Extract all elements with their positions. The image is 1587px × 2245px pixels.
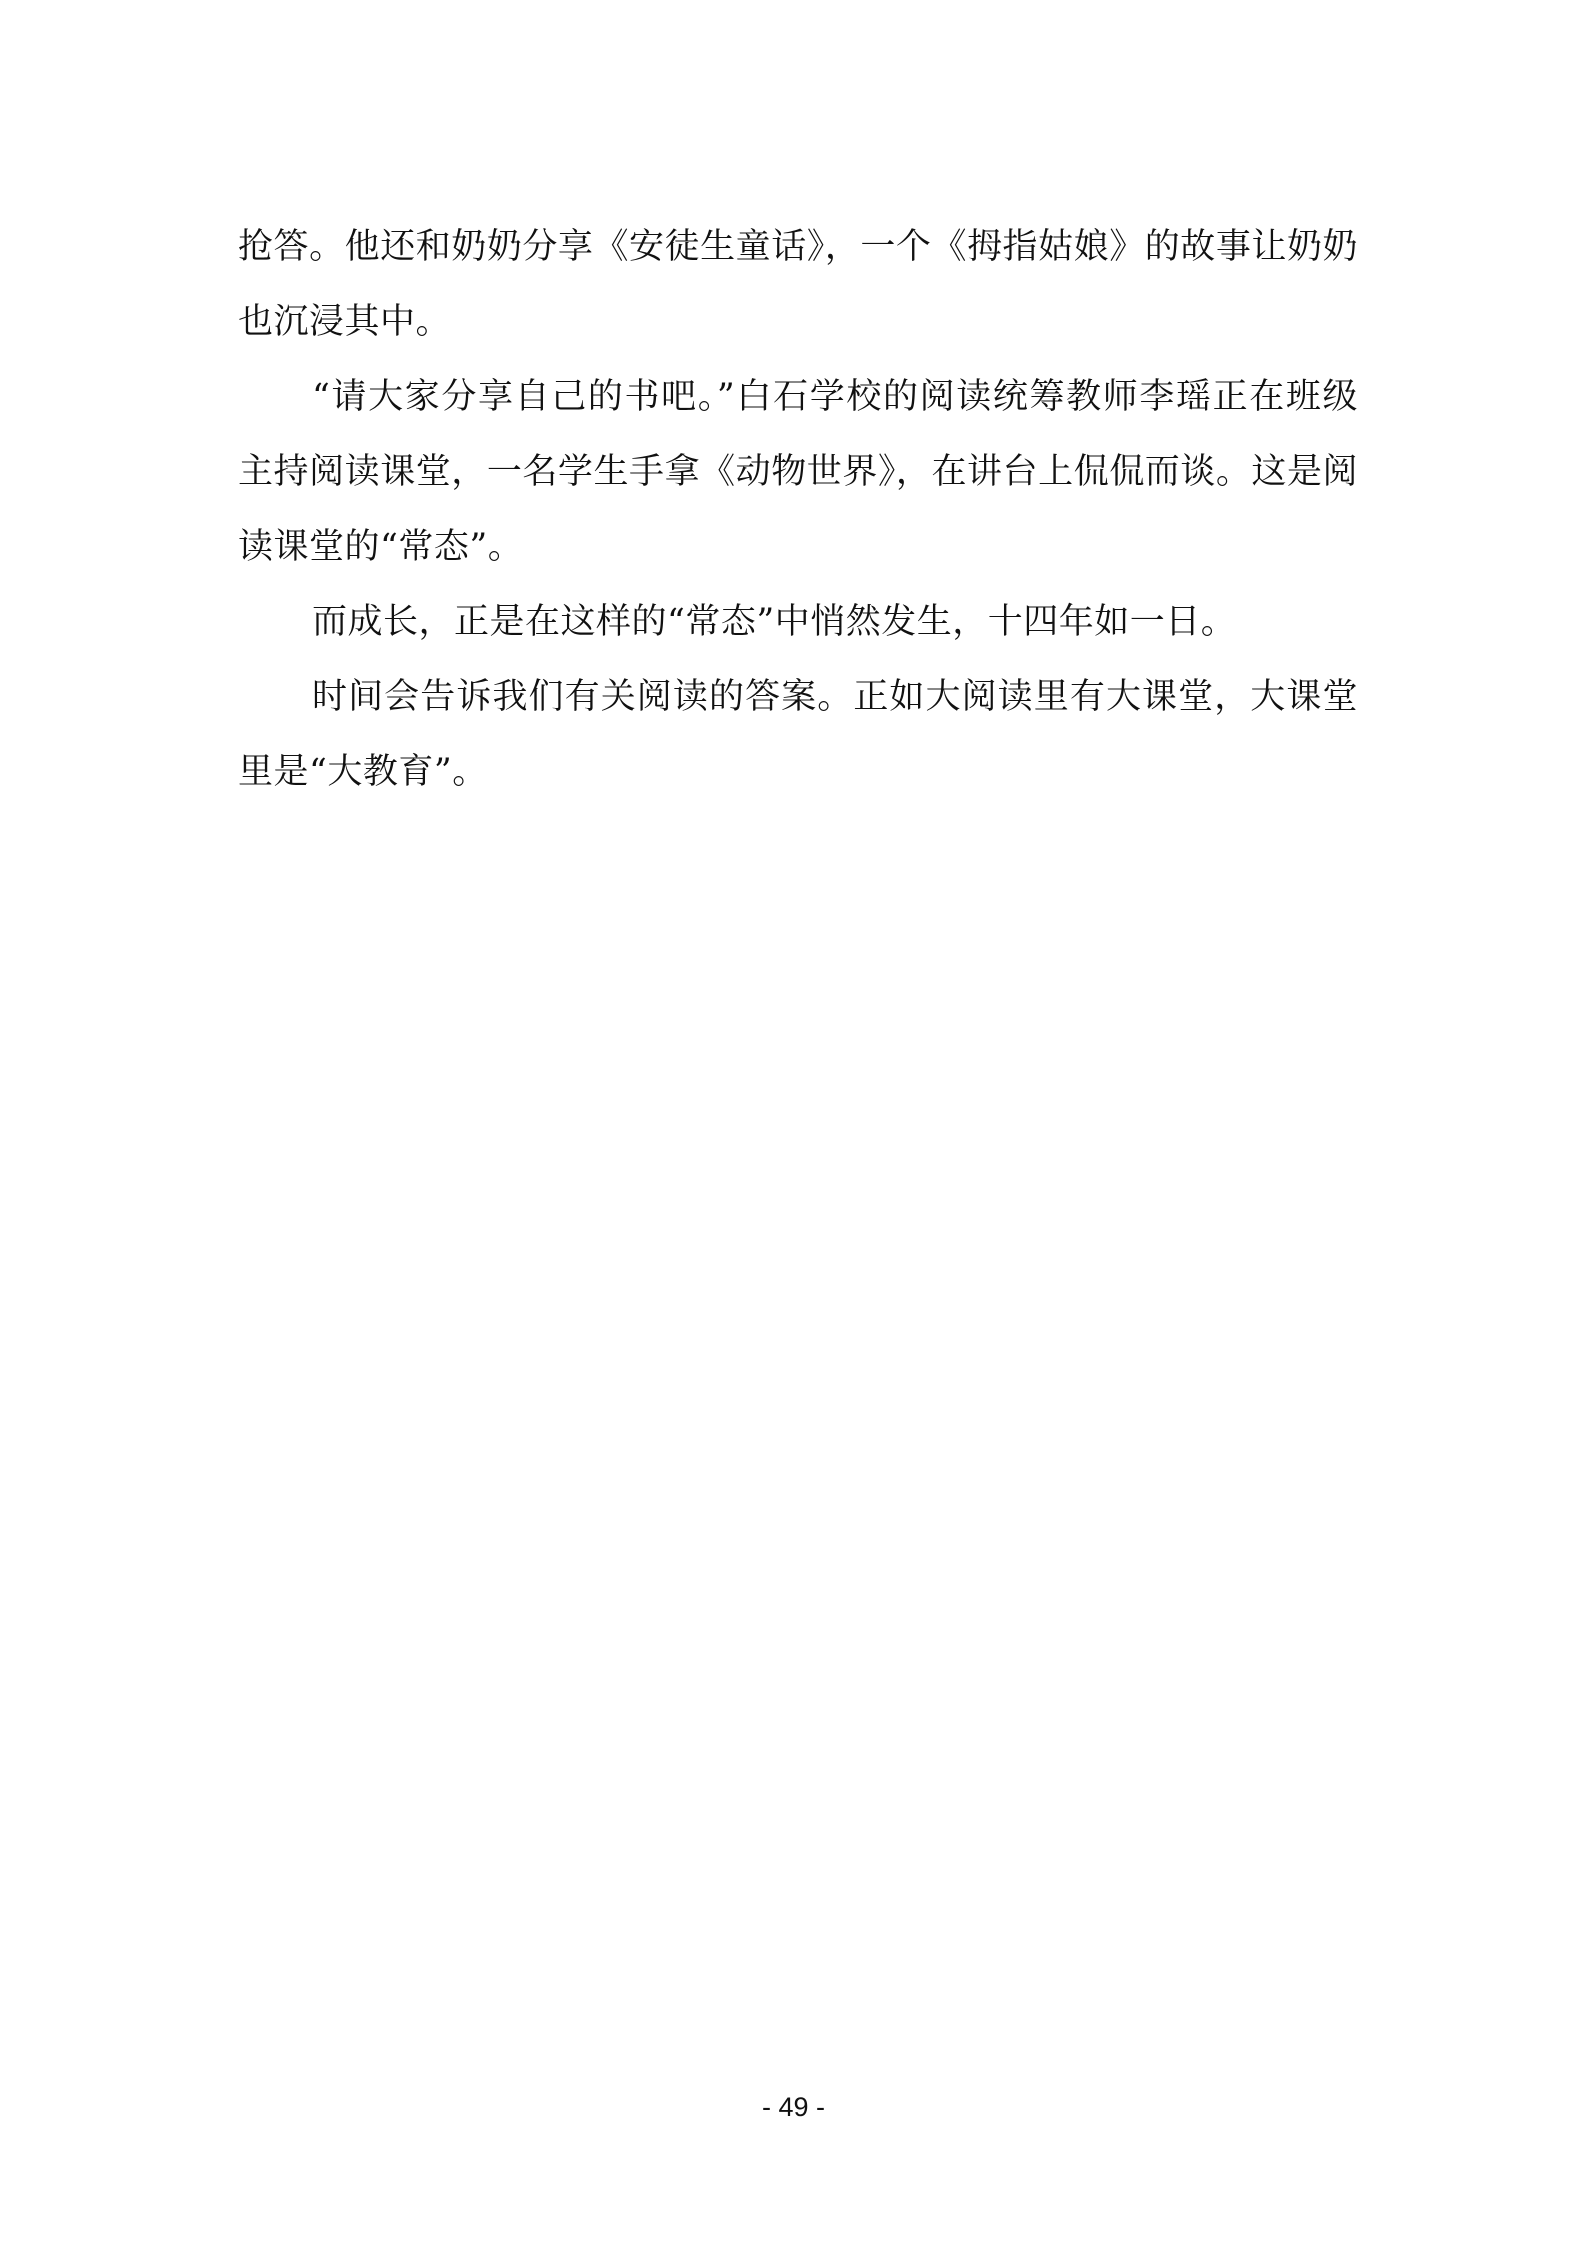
paragraph-reading-class: “请大家分享自己的书吧。”白石学校的阅读统筹教师李瑶正在班级主持阅读课堂，一名学… [238, 360, 1358, 585]
paragraph-conclusion: 时间会告诉我们有关阅读的答案。正如大阅读里有大课堂，大课堂里是“大教育”。 [238, 660, 1358, 810]
document-page: 抢答。他还和奶奶分享《安徒生童话》，一个《拇指姑娘》的故事让奶奶也沉浸其中。 “… [0, 0, 1587, 2245]
page-number: - 49 - [0, 2092, 1587, 2123]
paragraph-continuation: 抢答。他还和奶奶分享《安徒生童话》，一个《拇指姑娘》的故事让奶奶也沉浸其中。 [238, 210, 1358, 360]
body-text: 抢答。他还和奶奶分享《安徒生童话》，一个《拇指姑娘》的故事让奶奶也沉浸其中。 “… [238, 210, 1358, 810]
paragraph-growth: 而成长，正是在这样的“常态”中悄然发生，十四年如一日。 [238, 585, 1358, 660]
